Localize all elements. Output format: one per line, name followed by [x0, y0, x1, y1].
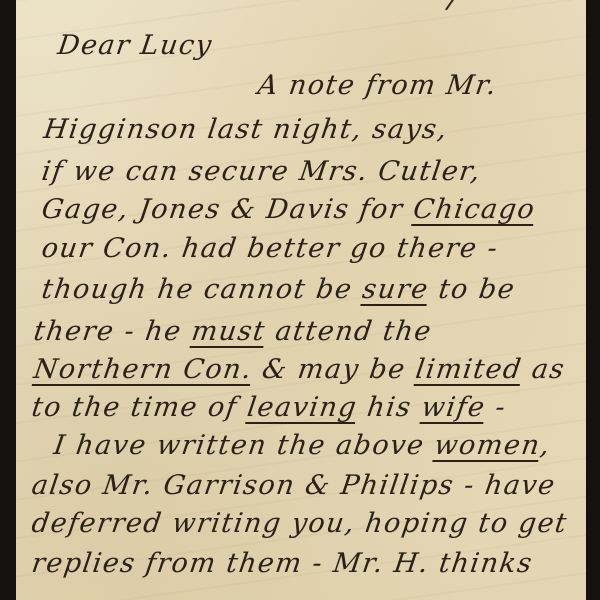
letter-line-11: also Mr. Garrison & Phillips - have	[30, 472, 558, 499]
letter-line-1: A note from Mr.	[256, 72, 499, 99]
letter-line-9: to the time of leaving his wife -	[30, 394, 508, 421]
text-segment: Gage, Jones & Davis for	[40, 194, 416, 225]
underlined-text: must	[190, 316, 268, 347]
text-segment: though he cannot be	[40, 274, 365, 305]
salutation: Dear Lucy	[56, 32, 214, 59]
underlined-text: Chicago	[411, 194, 537, 225]
text-segment: -	[483, 392, 508, 423]
underlined-text: limited	[414, 354, 524, 385]
letter-line-4: Gage, Jones & Davis for Chicago	[40, 196, 537, 223]
letter-line-10: I have written the above women,	[52, 432, 552, 459]
underlined-text: sure	[360, 274, 430, 305]
text-segment: I have written the above	[52, 430, 437, 461]
underlined-text: wife	[420, 392, 488, 423]
underlined-text: leaving	[245, 392, 359, 423]
text-segment: attend the	[263, 316, 434, 347]
letter-line-13: replies from them - Mr. H. thinks	[30, 550, 535, 577]
text-segment: there - he	[32, 316, 194, 347]
text-segment: ,	[538, 430, 552, 461]
underlined-text: women	[432, 430, 542, 461]
letter-line-3: if we can secure Mrs. Cutler,	[40, 158, 483, 185]
letter-line-7: there - he must attend the	[32, 318, 434, 345]
text-segment: to the time of	[30, 392, 250, 423]
text-segment: as	[520, 354, 567, 385]
letter-line-8: Northern Con. & may be limited as	[32, 356, 567, 383]
text-segment: his	[355, 392, 424, 423]
ink-mark	[445, 0, 463, 16]
underlined-text: Northern Con.	[32, 354, 255, 385]
text-segment: & may be	[250, 354, 418, 385]
letter-line-2: Higginson last night, says,	[42, 116, 450, 143]
letter-line-5: our Con. had better go there -	[40, 235, 500, 262]
letter-line-12: deferred writing you, hoping to get	[30, 510, 569, 537]
letter-page: Dear Lucy A note from Mr. Higginson last…	[16, 0, 586, 600]
letter-line-6: though he cannot be sure to be	[40, 276, 517, 303]
text-segment: to be	[427, 274, 518, 305]
